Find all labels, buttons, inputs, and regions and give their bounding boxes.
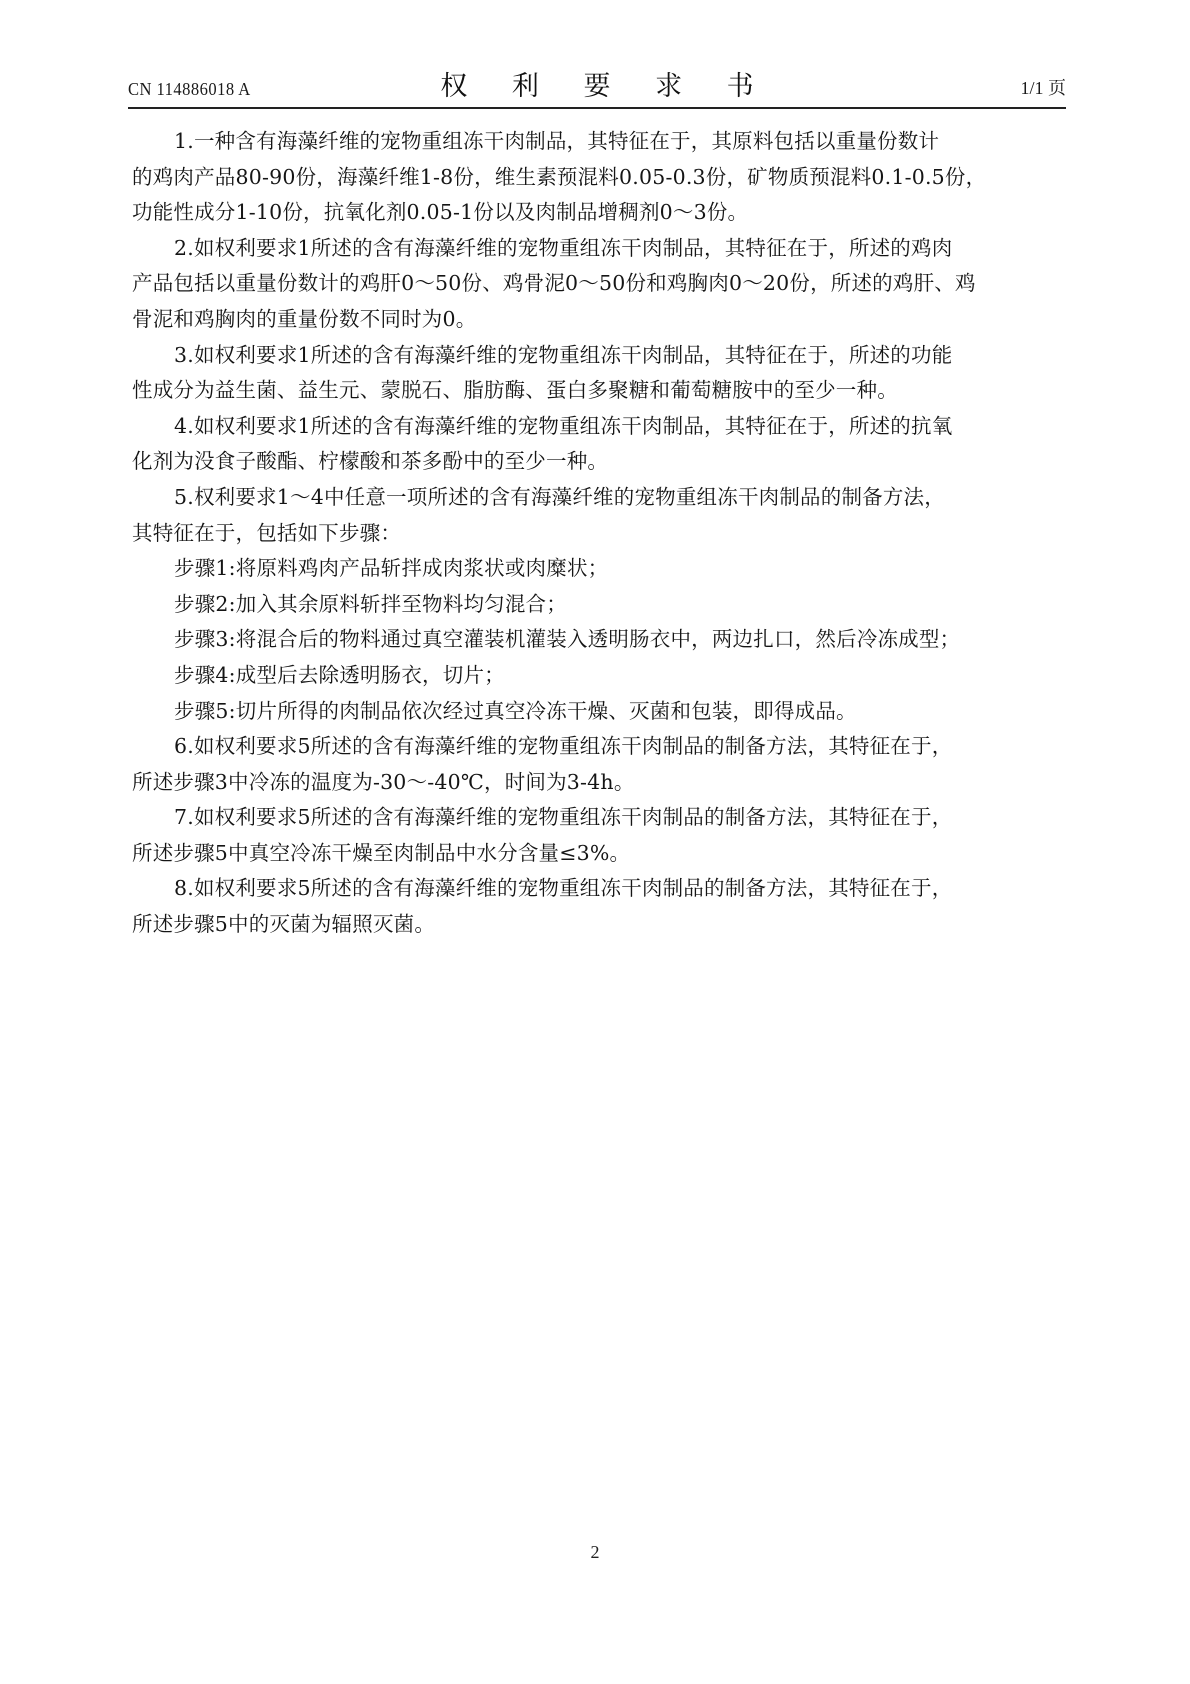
claim-step-3: 步骤3:将混合后的物料通过真空灌装机灌装入透明肠衣中，两边扎口，然后冷冻成型； [132,622,1072,658]
claim-step-1: 步骤1:将原料鸡肉产品斩拌成肉浆状或肉糜状； [132,551,1072,587]
claim-line: 所述步骤5中真空冷冻干燥至肉制品中水分含量≤3%。 [132,836,1072,872]
claim-2: 2.如权利要求1所述的含有海藻纤维的宠物重组冻干肉制品，其特征在于，所述的鸡肉 … [132,231,1072,338]
document-title: 权 利 要 求 书 [128,64,1066,103]
claim-7: 7.如权利要求5所述的含有海藻纤维的宠物重组冻干肉制品的制备方法，其特征在于， … [132,800,1072,871]
claim-line: 功能性成分1-10份，抗氧化剂0.05-1份以及肉制品增稠剂0～3份。 [132,195,1072,231]
claim-line: 的鸡肉产品80-90份，海藻纤维1-8份，维生素预混料0.05-0.3份，矿物质… [132,160,1072,196]
claim-line: 6.如权利要求5所述的含有海藻纤维的宠物重组冻干肉制品的制备方法，其特征在于， [132,729,1072,765]
claim-8: 8.如权利要求5所述的含有海藻纤维的宠物重组冻干肉制品的制备方法，其特征在于， … [132,871,1072,942]
claim-1: 1.一种含有海藻纤维的宠物重组冻干肉制品，其特征在于，其原料包括以重量份数计 的… [132,124,1072,231]
claim-line: 所述步骤5中的灭菌为辐照灭菌。 [132,907,1072,943]
document-page: CN 114886018 A 权 利 要 求 书 1/1 页 1.一种含有海藻纤… [0,0,1190,1684]
claim-line: 5.权利要求1～4中任意一项所述的含有海藻纤维的宠物重组冻干肉制品的制备方法， [132,480,1072,516]
claim-6: 6.如权利要求5所述的含有海藻纤维的宠物重组冻干肉制品的制备方法，其特征在于， … [132,729,1072,800]
claim-3: 3.如权利要求1所述的含有海藻纤维的宠物重组冻干肉制品，其特征在于，所述的功能 … [132,338,1072,409]
claim-4: 4.如权利要求1所述的含有海藻纤维的宠物重组冻干肉制品，其特征在于，所述的抗氧 … [132,409,1072,480]
claim-line: 性成分为益生菌、益生元、蒙脱石、脂肪酶、蛋白多聚糖和葡萄糖胺中的至少一种。 [132,373,1072,409]
page-indicator: 1/1 页 [1020,74,1066,100]
page-number: 2 [0,1542,1190,1563]
claim-step-2: 步骤2:加入其余原料斩拌至物料均匀混合； [132,587,1072,623]
claim-line: 化剂为没食子酸酯、柠檬酸和茶多酚中的至少一种。 [132,444,1072,480]
page-header: CN 114886018 A 权 利 要 求 书 1/1 页 [128,62,1066,106]
claim-line: 骨泥和鸡胸肉的重量份数不同时为0。 [132,302,1072,338]
header-divider [128,107,1066,109]
claim-line: 8.如权利要求5所述的含有海藻纤维的宠物重组冻干肉制品的制备方法，其特征在于， [132,871,1072,907]
claim-line: 7.如权利要求5所述的含有海藻纤维的宠物重组冻干肉制品的制备方法，其特征在于， [132,800,1072,836]
claim-line: 产品包括以重量份数计的鸡肝0～50份、鸡骨泥0～50份和鸡胸肉0～20份，所述的… [132,266,1072,302]
claim-step-4: 步骤4:成型后去除透明肠衣，切片； [132,658,1072,694]
claim-line: 4.如权利要求1所述的含有海藻纤维的宠物重组冻干肉制品，其特征在于，所述的抗氧 [132,409,1072,445]
claims-body: 1.一种含有海藻纤维的宠物重组冻干肉制品，其特征在于，其原料包括以重量份数计 的… [132,124,1072,943]
claim-line: 1.一种含有海藻纤维的宠物重组冻干肉制品，其特征在于，其原料包括以重量份数计 [132,124,1072,160]
claim-line: 所述步骤3中冷冻的温度为-30～-40℃，时间为3-4h。 [132,765,1072,801]
claim-step-5: 步骤5:切片所得的肉制品依次经过真空冷冻干燥、灭菌和包装，即得成品。 [132,694,1072,730]
claim-5: 5.权利要求1～4中任意一项所述的含有海藻纤维的宠物重组冻干肉制品的制备方法， … [132,480,1072,729]
claim-line: 2.如权利要求1所述的含有海藻纤维的宠物重组冻干肉制品，其特征在于，所述的鸡肉 [132,231,1072,267]
claim-line: 3.如权利要求1所述的含有海藻纤维的宠物重组冻干肉制品，其特征在于，所述的功能 [132,338,1072,374]
claim-line: 其特征在于，包括如下步骤： [132,516,1072,552]
